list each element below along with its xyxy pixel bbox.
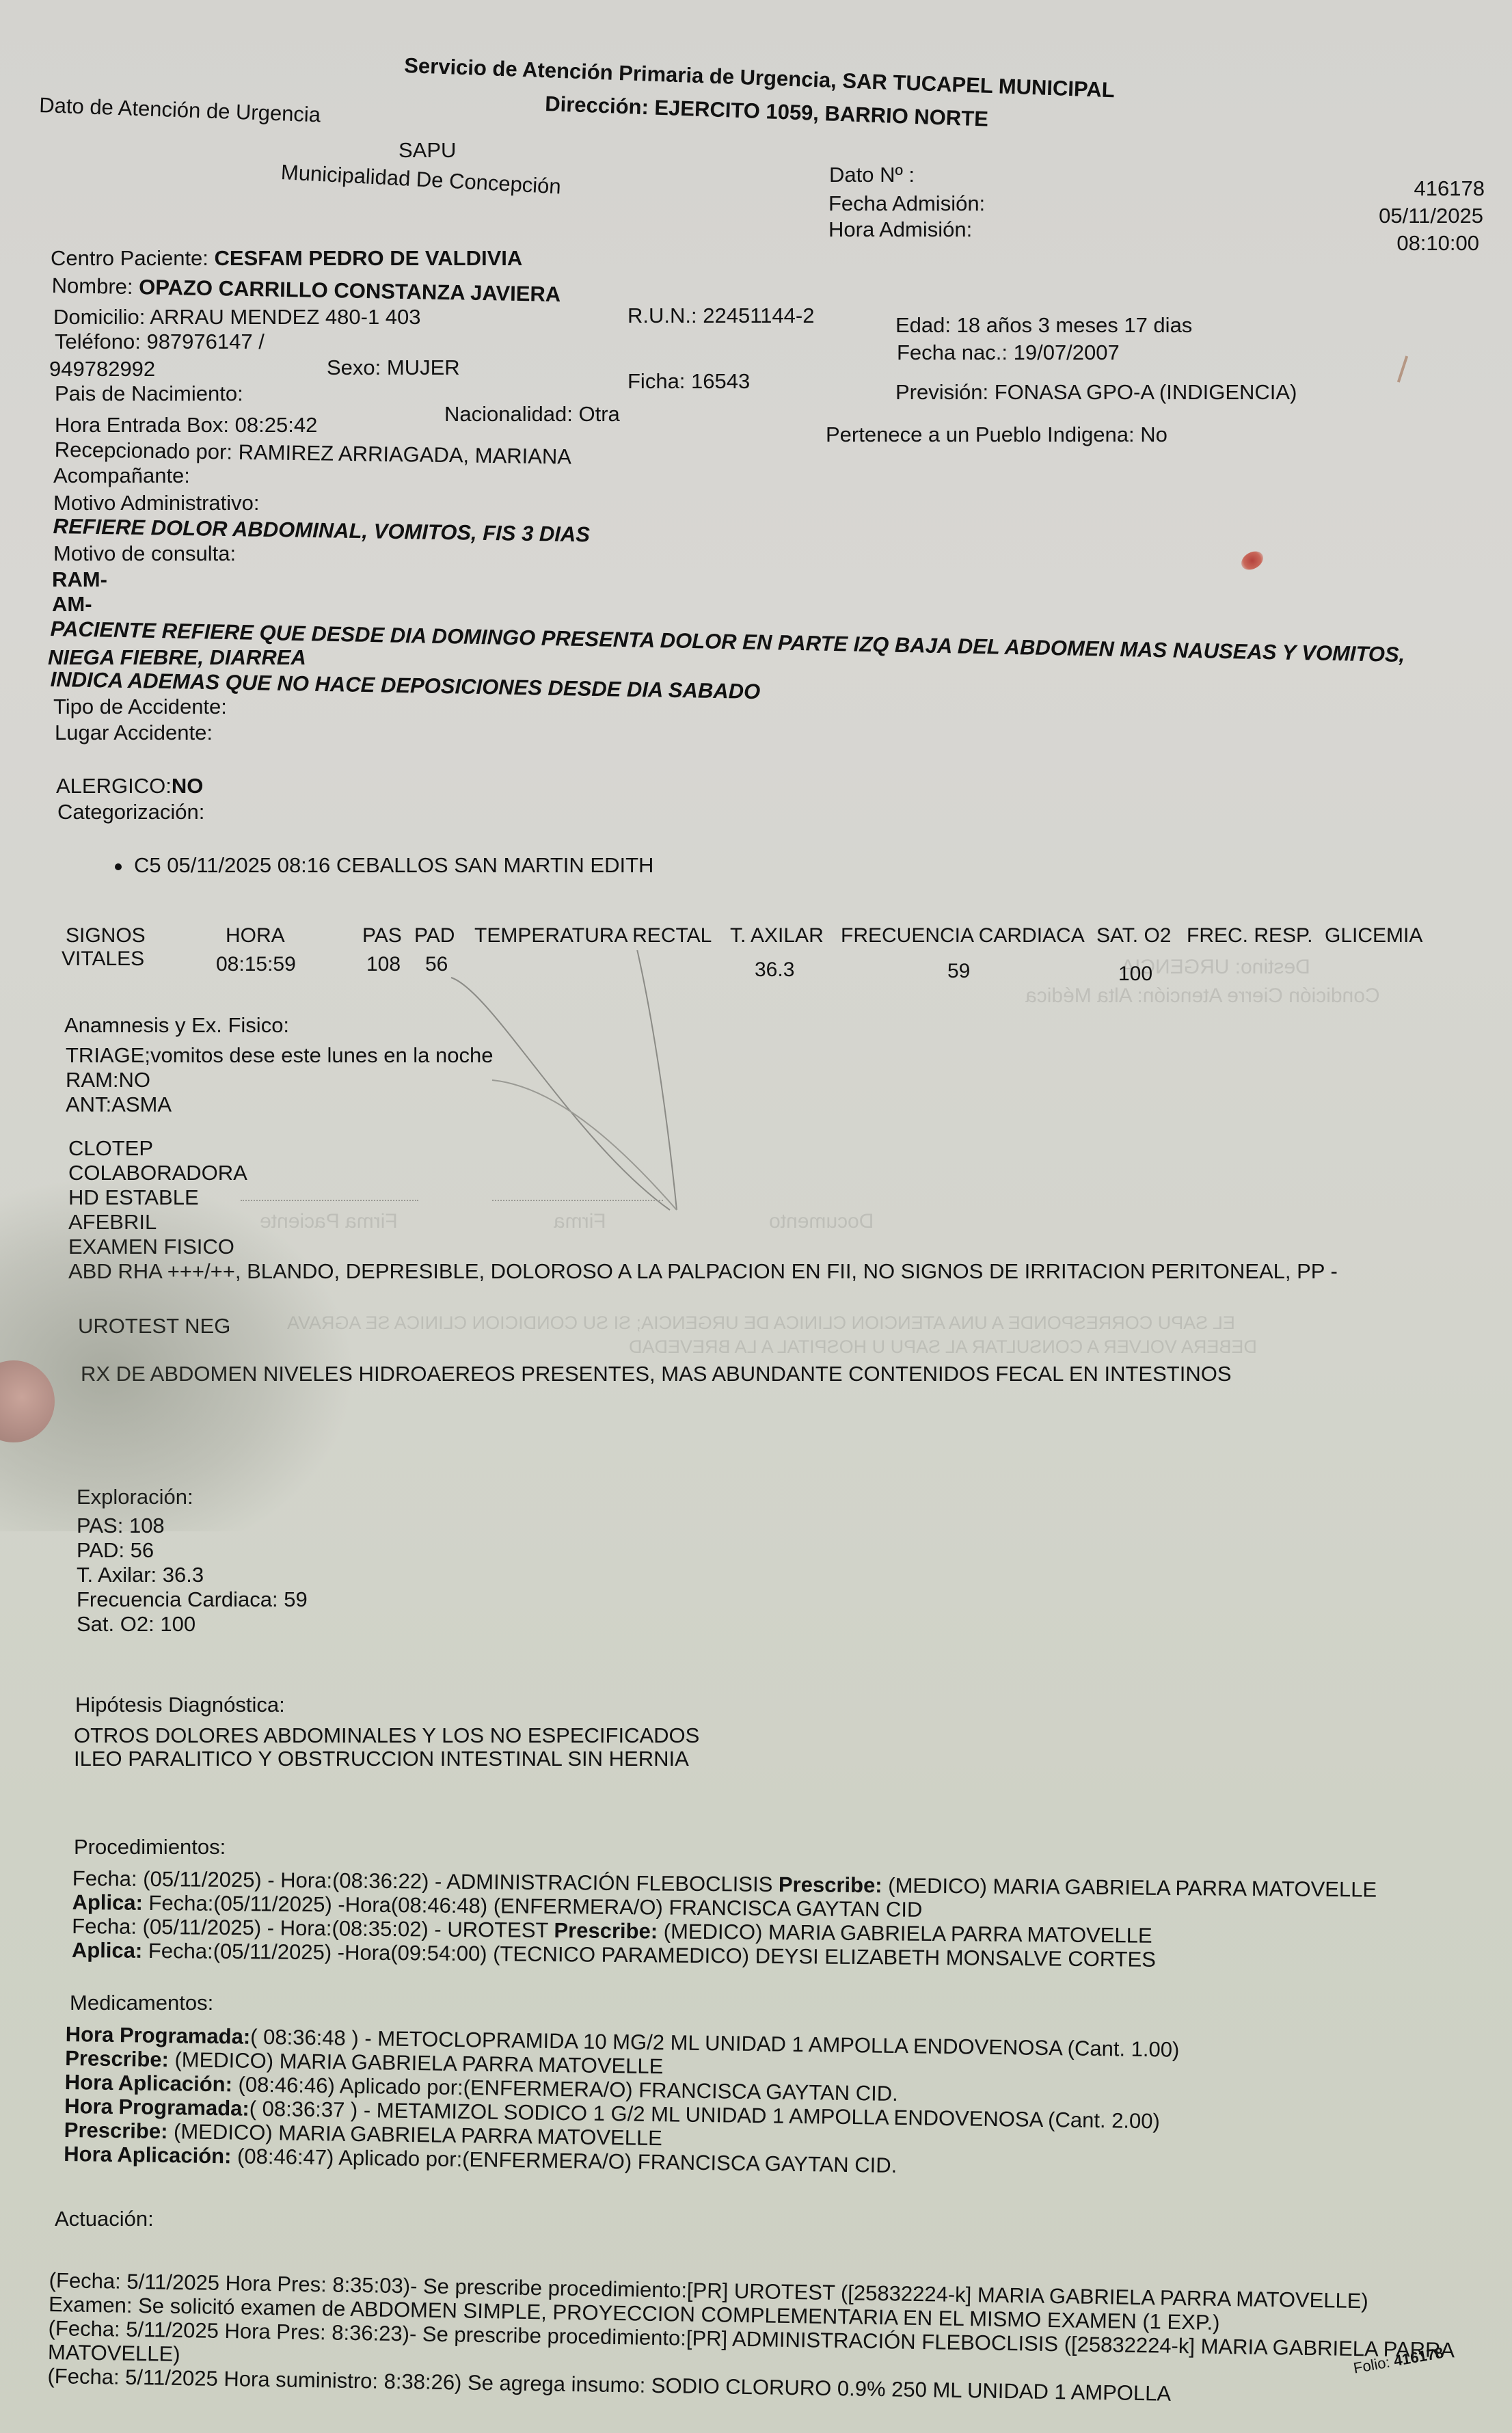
- run-label: R.U.N.:: [627, 304, 697, 327]
- diagnostico-line-2: ILEO PARALITICO Y OBSTRUCCION INTESTINAL…: [74, 1747, 699, 1771]
- ficha-label: Ficha:: [627, 369, 685, 393]
- categorizacion-text: C5 05/11/2025 08:16 CEBALLOS SAN MARTIN …: [134, 853, 653, 877]
- exploracion-pas: PAS: 108: [77, 1514, 308, 1538]
- tipo-accidente-label: Tipo de Accidente:: [53, 695, 227, 719]
- exploracion-pad: PAD: 56: [77, 1538, 308, 1563]
- nombre-label: Nombre:: [51, 273, 133, 299]
- vitals-value-row: VITALES 08:15:59 108 56 36.3 59 100: [62, 950, 1463, 976]
- vitals-header-sat-o2: SAT. O2: [1096, 924, 1171, 947]
- anamnesis-clotep: CLOTEP: [68, 1136, 1338, 1161]
- municipality-name: Municipalidad De Concepción: [280, 160, 561, 199]
- institution-title: Servicio de Atención Primaria de Urgenci…: [404, 53, 1116, 103]
- urotest-result: UROTEST NEG: [78, 1314, 230, 1339]
- hora-box-label: Hora Entrada Box:: [55, 413, 229, 437]
- procedimiento-bold: Prescribe:: [554, 1918, 658, 1943]
- bullet-icon: [115, 863, 122, 870]
- telefono-value-2: 949782992: [49, 357, 155, 381]
- hora-box-value: 08:25:42: [235, 413, 318, 437]
- vitals-header-pas: PAS: [362, 924, 402, 947]
- vitals-header-row: SIGNOS HORA PAS PAD TEMPERATURA RECTAL T…: [62, 924, 1463, 950]
- fecha-nac-value: 19/07/2007: [1014, 340, 1120, 364]
- procedimiento-bold: Aplica:: [72, 1890, 143, 1915]
- procedimientos-label: Procedimientos:: [74, 1835, 226, 1859]
- vitals-header-hora: HORA: [226, 924, 285, 947]
- medicamento-bold: Prescribe:: [65, 2046, 169, 2071]
- hora-admision-label: Hora Admisión:: [828, 217, 972, 242]
- vitals-header-frec-resp: FREC. RESP.: [1187, 924, 1313, 947]
- domicilio: Domicilio: ARRAU MENDEZ 480-1 403: [53, 305, 421, 330]
- exploracion-t-axilar: T. Axilar: 36.3: [77, 1563, 308, 1587]
- vitals-value-frec-cardiaca: 59: [947, 960, 970, 983]
- vitals-header-pad: PAD: [414, 924, 455, 947]
- unit-name: SAPU: [399, 138, 456, 163]
- motivo-consulta-line-2: NIEGA FIEBRE, DIARREA: [48, 645, 306, 670]
- lugar-accidente-label: Lugar Accidente:: [55, 721, 213, 745]
- alergico-value: NO: [172, 774, 204, 798]
- alergico: ALERGICO:NO: [56, 774, 203, 798]
- vitals-label-1: SIGNOS: [66, 924, 146, 947]
- telefono-label: Teléfono:: [55, 330, 141, 353]
- domicilio-value: ARRAU MENDEZ 480-1 403: [150, 305, 420, 329]
- rx-result: RX DE ABDOMEN NIVELES HIDROAEREOS PRESEN…: [81, 1362, 1232, 1386]
- categorizacion-item: C5 05/11/2025 08:16 CEBALLOS SAN MARTIN …: [115, 853, 653, 878]
- anamnesis-afebril: AFEBRIL: [68, 1210, 1338, 1235]
- centro-label: Centro Paciente:: [51, 246, 208, 270]
- diagnostico-label: Hipótesis Diagnóstica:: [75, 1693, 285, 1717]
- medicamento-bold: Hora Aplicación:: [65, 2070, 233, 2096]
- anamnesis-hd-estable: HD ESTABLE: [68, 1185, 1338, 1210]
- pen-tick-mark: [1397, 355, 1408, 382]
- ficha-value: 16543: [691, 369, 750, 393]
- categorizacion-label: Categorización:: [57, 800, 204, 824]
- vitals-label-2: VITALES: [62, 947, 144, 971]
- diagnostico-lines: OTROS DOLORES ABDOMINALES Y LOS NO ESPEC…: [74, 1724, 699, 1771]
- vitals-value-sat-o2: 100: [1118, 963, 1152, 986]
- prevision: Previsión: FONASA GPO-A (INDIGENCIA): [895, 380, 1297, 405]
- centro-paciente: Centro Paciente: CESFAM PEDRO DE VALDIVI…: [51, 246, 522, 271]
- ink-stain: [1238, 548, 1266, 574]
- pueblo-label: Pertenece a un Pueblo Indigena:: [826, 422, 1135, 446]
- anamnesis-colaboradora: COLABORADORA: [68, 1161, 1338, 1185]
- vitals-header-temp-rectal: TEMPERATURA RECTAL: [474, 924, 712, 947]
- vitals-header-glicemia: GLICEMIA: [1325, 924, 1422, 947]
- actuacion-lines: (Fecha: 5/11/2025 Hora Pres: 8:35:03)- S…: [47, 2268, 1455, 2410]
- medicamento-bold: Hora Programada:: [64, 2094, 249, 2121]
- acompanante-label: Acompañante:: [53, 463, 190, 488]
- centro-value: CESFAM PEDRO DE VALDIVIA: [215, 246, 523, 270]
- nacionalidad-label: Nacionalidad:: [444, 402, 573, 426]
- actuacion-label: Actuación:: [55, 2207, 154, 2231]
- fecha-nac-label: Fecha nac.:: [897, 340, 1008, 364]
- procedimientos-list: Fecha: (05/11/2025) - Hora:(08:36:22) - …: [72, 1866, 1377, 1974]
- prevision-value: FONASA GPO-A (INDIGENCIA): [995, 380, 1297, 404]
- domicilio-label: Domicilio:: [53, 305, 145, 329]
- medicamentos-list: Hora Programada:( 08:36:48 ) - METOCLOPR…: [64, 2022, 1180, 2181]
- anamnesis-lines-b: CLOTEP COLABORADORA HD ESTABLE AFEBRIL E…: [68, 1136, 1338, 1284]
- am-label: AM-: [52, 592, 92, 617]
- hora-entrada-box: Hora Entrada Box: 08:25:42: [55, 413, 317, 438]
- sexo-label: Sexo:: [327, 355, 381, 379]
- exploracion-lines: PAS: 108 PAD: 56 T. Axilar: 36.3 Frecuen…: [77, 1514, 308, 1637]
- pueblo-indigena: Pertenece a un Pueblo Indigena: No: [826, 422, 1167, 447]
- edad-value: 18 años 3 meses 17 dias: [957, 313, 1193, 337]
- vitals-value-hora: 08:15:59: [216, 953, 296, 976]
- nacionalidad-value: Otra: [578, 402, 619, 426]
- fecha-admision-label: Fecha Admisión:: [828, 191, 985, 216]
- medicamento-bold: Hora Aplicación:: [64, 2142, 232, 2168]
- anamnesis-lines-a: TRIAGE;vomitos dese este lunes en la noc…: [66, 1043, 494, 1117]
- finger-tip: [0, 1360, 55, 1442]
- medicamentos-label: Medicamentos:: [70, 1991, 213, 2015]
- fecha-nac: Fecha nac.: 19/07/2007: [897, 340, 1120, 365]
- anamnesis-label: Anamnesis y Ex. Fisico:: [64, 1013, 289, 1038]
- nacionalidad: Nacionalidad: Otra: [444, 402, 620, 427]
- dato-value: 416178: [1414, 176, 1485, 201]
- anamnesis-ram: RAM:NO: [66, 1068, 494, 1092]
- vitals-value-t-axilar: 36.3: [755, 958, 794, 982]
- vitals-header-t-axilar: T. AXILAR: [730, 924, 824, 947]
- vitals-value-pad: 56: [425, 953, 448, 976]
- sexo: Sexo: MUJER: [327, 355, 460, 380]
- patient-name: Nombre: OPAZO CARRILLO CONSTANZA JAVIERA: [51, 273, 561, 307]
- recepcionado-label: Recepcionado por:: [55, 438, 233, 464]
- edad-label: Edad:: [895, 313, 951, 337]
- pais-nacimiento-label: Pais de Nacimiento:: [55, 381, 243, 406]
- fecha-admision-value: 05/11/2025: [1379, 204, 1483, 228]
- document-type-title: Dato de Atención de Urgencia: [39, 93, 321, 127]
- anamnesis-ant: ANT:ASMA: [66, 1092, 494, 1117]
- alergico-label: ALERGICO:: [56, 774, 172, 798]
- pueblo-value: No: [1140, 422, 1167, 446]
- run-value: 22451144-2: [703, 304, 814, 327]
- diagnostico-line-1: OTROS DOLORES ABDOMINALES Y LOS NO ESPEC…: [74, 1724, 699, 1747]
- edad: Edad: 18 años 3 meses 17 dias: [895, 313, 1192, 338]
- vital-signs-table: SIGNOS HORA PAS PAD TEMPERATURA RECTAL T…: [62, 924, 1463, 976]
- bleedthrough-notice-2: DEBERA VOLVER A CONSULTAR AL SAPU U HOSP…: [629, 1336, 1257, 1358]
- motivo-administrativo-label: Motivo Administrativo:: [53, 491, 260, 515]
- motivo-consulta-label: Motivo de consulta:: [53, 541, 236, 566]
- procedimiento-bold: Prescribe:: [779, 1872, 882, 1897]
- vitals-value-pas: 108: [366, 953, 401, 976]
- medicamento-bold: Hora Programada:: [66, 2022, 251, 2049]
- anamnesis-abd: ABD RHA +++/++, BLANDO, DEPRESIBLE, DOLO…: [68, 1259, 1338, 1284]
- dato-label: Dato Nº :: [829, 163, 915, 187]
- anamnesis-examen-fisico: EXAMEN FISICO: [68, 1235, 1338, 1259]
- anamnesis-triage: TRIAGE;vomitos dese este lunes en la noc…: [66, 1043, 494, 1068]
- hora-admision-value: 08:10:00: [1396, 231, 1479, 256]
- institution-address: Dirección: EJERCITO 1059, BARRIO NORTE: [545, 92, 989, 132]
- scanned-document: Destino: URGENCIA Condición Cierre Atenc…: [0, 0, 1512, 2433]
- run: R.U.N.: 22451144-2: [627, 304, 814, 328]
- prevision-label: Previsión:: [895, 380, 988, 404]
- ficha: Ficha: 16543: [627, 369, 750, 394]
- exploracion-label: Exploración:: [77, 1485, 193, 1509]
- sexo-value: MUJER: [387, 355, 460, 379]
- recepcionado-value: RAMIREZ ARRIAGADA, MARIANA: [238, 440, 571, 469]
- vitals-header-frec-cardiaca: FRECUENCIA CARDIACA: [841, 924, 1085, 947]
- procedimiento-text: (MEDICO) MARIA GABRIELA PARRA MATOVELLE: [882, 1873, 1377, 1901]
- exploracion-sat-o2: Sat. O2: 100: [77, 1612, 308, 1637]
- telefono: Teléfono: 987976147 /: [55, 330, 265, 354]
- medicamento-bold: Prescribe:: [64, 2118, 168, 2143]
- procedimiento-bold: Aplica:: [72, 1938, 143, 1963]
- ram-label: RAM-: [52, 567, 107, 592]
- exploracion-frec-cardiaca: Frecuencia Cardiaca: 59: [77, 1587, 308, 1612]
- nombre-value: OPAZO CARRILLO CONSTANZA JAVIERA: [139, 275, 561, 306]
- telefono-value: 987976147 /: [146, 330, 264, 353]
- bleedthrough-condicion: Condición Cierre Atención: Alta Médica: [1025, 984, 1380, 1008]
- bleedthrough-notice-1: EL SAPU CORRESPONDE A UNA ATENCION CLINI…: [287, 1313, 1235, 1334]
